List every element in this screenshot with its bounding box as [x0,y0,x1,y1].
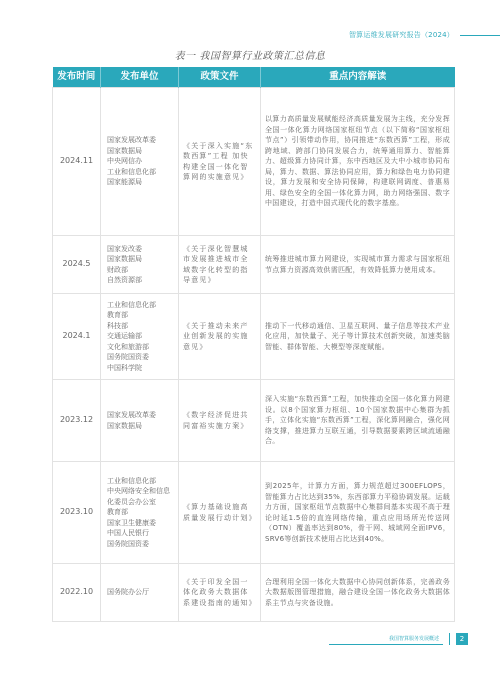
org: 国务院国资委 [107,539,174,550]
table-row: 2024.1 工业和信息化部 教育部 科技部 交通运输部 文化和旅游部 国务院国… [53,294,455,380]
header-key: 重点内容解读 [261,67,455,88]
cell-org: 工业和信息化部 教育部 科技部 交通运输部 文化和旅游部 国务院国资委 中国科学… [101,294,179,380]
org: 国家数据局 [107,146,174,157]
footer-section-title: 我国智算服务发展概述 [329,635,443,645]
org: 中国人民银行 [107,528,174,539]
cell-date: 2024.5 [53,236,101,294]
org: 国务院办公厅 [107,587,174,598]
org: 中国科学院 [107,363,174,374]
table-row: 2022.10 国务院办公厅 《关于印发全国一体化政务大数据体系建设指南的通知》… [53,564,455,622]
cell-doc: 《算力基础设施高质量发展行动计划》 [179,462,261,564]
cell-doc: 《关于印发全国一体化政务大数据体系建设指南的通知》 [179,564,261,622]
org: 科技部 [107,321,174,332]
org: 文化和旅游部 [107,342,174,353]
header-date: 发布时间 [53,67,101,88]
footer-divider [449,633,450,645]
cell-org: 国家发改委 国家数据局 财政部 自然资源部 [101,236,179,294]
cell-key: 以算力高质量发展赋能经济高质量发展为主线，充分发挥全国一体化算力网络国家枢纽节点… [261,88,455,236]
cell-key: 到2025年，计算力方面，算力规范超过300EFLOPS，智能算力占比达到35%… [261,462,455,564]
header-org: 发布单位 [101,67,179,88]
org: 工业和信息化部 [107,167,174,178]
cell-org: 工业和信息化部 中央网络安全和信息化委员会办公室 教育部 国家卫生健康委 中国人… [101,462,179,564]
org: 国家发展改革委 [107,135,174,146]
cell-key: 推动下一代移动通信、卫星互联网、量子信息等技术产业化应用，加快量子、光子等计算技… [261,294,455,380]
cell-date: 2024.11 [53,88,101,236]
org: 交通运输部 [107,331,174,342]
org: 财政部 [107,265,174,276]
cell-org: 国家发展改革委 国家数据局 中央网信办 工业和信息化部 国家能源局 [101,88,179,236]
org: 工业和信息化部 [107,300,174,311]
org: 国家发展改革委 [107,410,174,421]
cell-org: 国务院办公厅 [101,564,179,622]
org: 教育部 [107,507,174,518]
header-rule [460,35,500,36]
page-number: 2 [456,633,468,645]
header-doc: 政策文件 [179,67,261,88]
report-title: 智算运维发展研究报告（2024） [349,30,454,40]
policy-table: 发布时间 发布单位 政策文件 重点内容解读 2024.11 国家发展改革委 国家… [52,67,455,622]
table-row: 2023.10 工业和信息化部 中央网络安全和信息化委员会办公室 教育部 国家卫… [53,462,455,564]
cell-doc: 《关于推动未来产业创新发展的实施意见》 [179,294,261,380]
running-head: 智算运维发展研究报告（2024） [349,30,500,40]
org: 自然资源部 [107,275,174,286]
cell-key: 统筹推进城市算力网建设，实现城市算力需求与国家枢纽节点算力资源高效供需匹配，有效… [261,236,455,294]
org: 国家数据局 [107,421,174,432]
table-caption: 表一 我国智算行业政策汇总信息 [0,47,500,62]
cell-date: 2023.12 [53,380,101,462]
table-row: 2024.5 国家发改委 国家数据局 财政部 自然资源部 《关于深化智慧城市发展… [53,236,455,294]
table-header-row: 发布时间 发布单位 政策文件 重点内容解读 [53,67,455,88]
org: 国家数据局 [107,254,174,265]
org: 中央网信办 [107,156,174,167]
cell-doc: 《关于深入实施“东数西算”工程 加快构建全国一体化智算网的实施意见》 [179,88,261,236]
table-row: 2023.12 国家发展改革委 国家数据局 《数字经济促进共同富裕实施方案》 深… [53,380,455,462]
cell-date: 2022.10 [53,564,101,622]
cell-date: 2023.10 [53,462,101,564]
cell-org: 国家发展改革委 国家数据局 [101,380,179,462]
org: 中央网络安全和信息化委员会办公室 [107,486,174,507]
page-footer: 我国智算服务发展概述 2 [329,633,468,645]
cell-doc: 《数字经济促进共同富裕实施方案》 [179,380,261,462]
table-row: 2024.11 国家发展改革委 国家数据局 中央网信办 工业和信息化部 国家能源… [53,88,455,236]
org: 工业和信息化部 [107,476,174,487]
org: 国家发改委 [107,244,174,255]
org: 教育部 [107,310,174,321]
cell-key: 合理利用全国一体化大数据中心协同创新体系，完善政务大数据版图管理措施，融合建设全… [261,564,455,622]
cell-key: 深入实施“东数西算”工程，加快推动全国一体化算力网建设。以8个国家算力枢纽、10… [261,380,455,462]
org: 国家卫生健康委 [107,518,174,529]
cell-date: 2024.1 [53,294,101,380]
org: 国家能源局 [107,177,174,188]
cell-doc: 《关于深化智慧城市发展推进城市全域数字化转型的指导意见》 [179,236,261,294]
org: 国务院国资委 [107,352,174,363]
